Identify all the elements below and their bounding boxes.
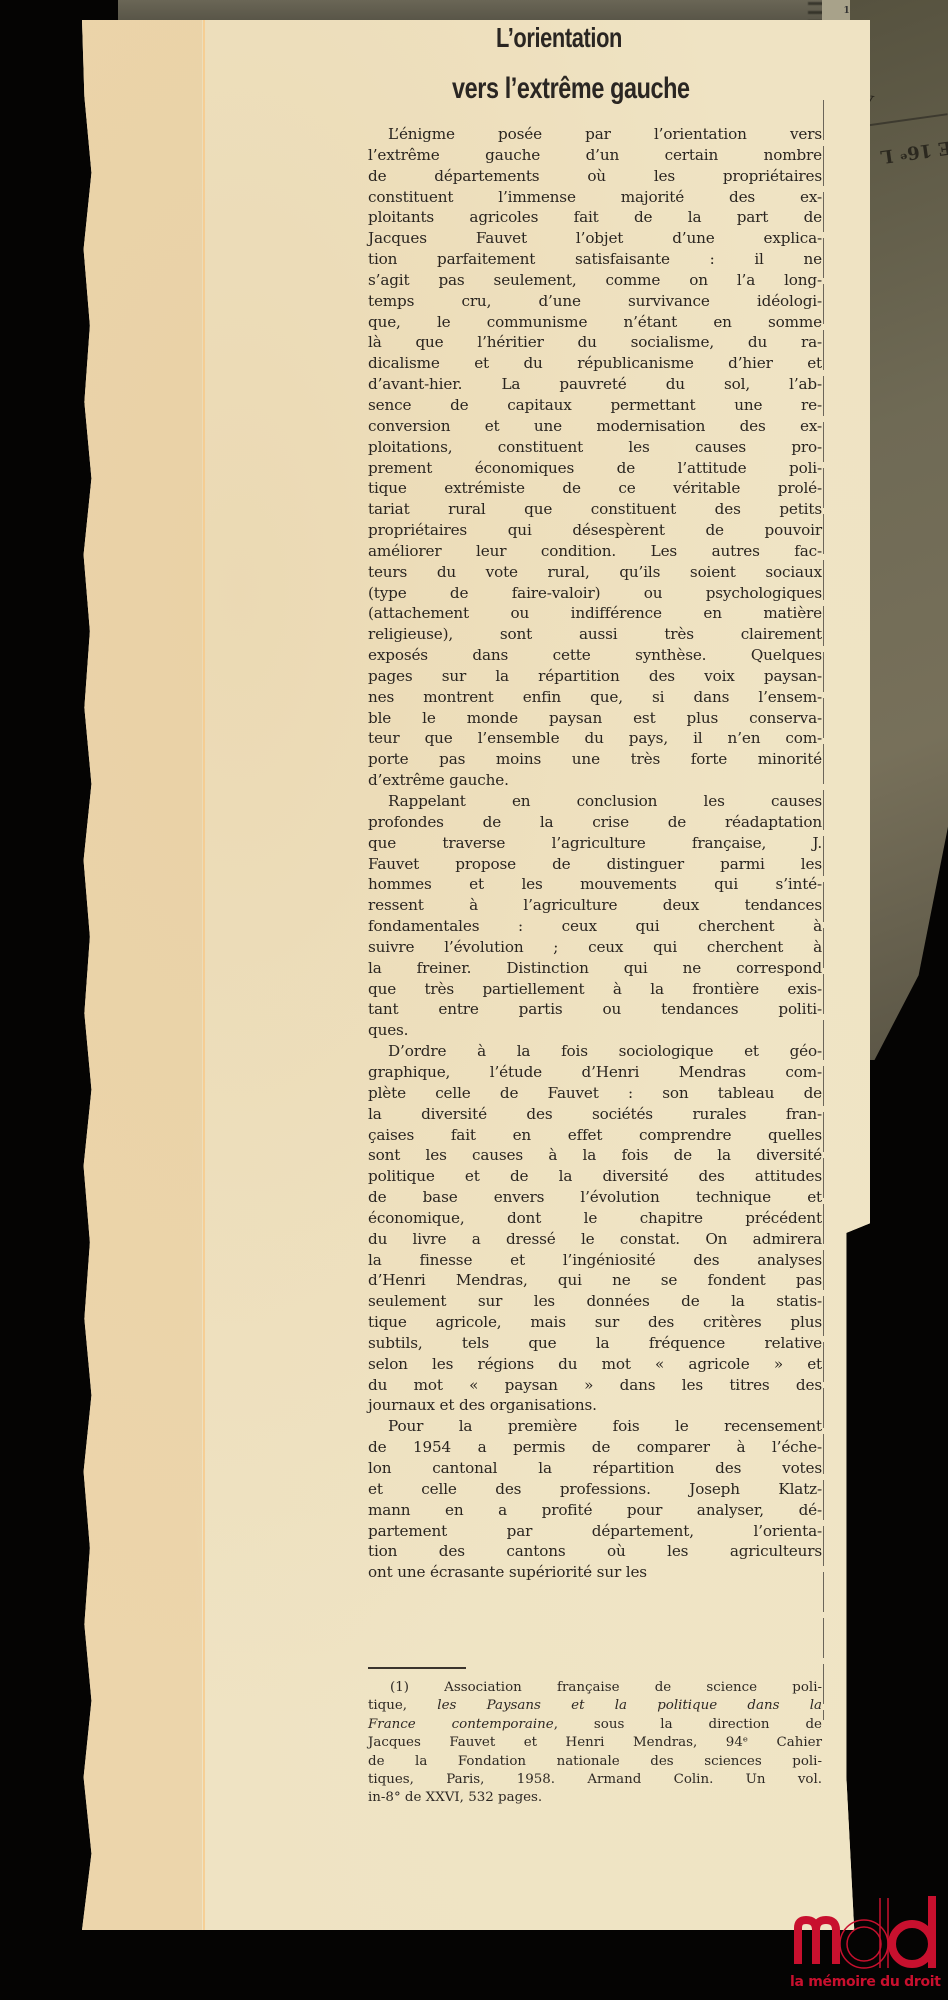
article-line: pages sur la répartition des voix paysan… (368, 666, 822, 687)
footnote-line: in-8° de XXVI, 532 pages. (368, 1789, 822, 1807)
article-line: tant entre partis ou tendances politi- (368, 999, 822, 1020)
article-line: tion parfaitement satisfaisante : il ne (368, 249, 822, 270)
book-title: les Paysans et la politique dans la (437, 1698, 822, 1713)
footnote-line: de la Fondation nationale des sciences p… (368, 1753, 822, 1771)
article-line: plète celle de Fauvet : son tableau de (368, 1083, 822, 1104)
article-line: suivre l’évolution ; ceux qui cherchent … (368, 937, 822, 958)
article-line: du livre a dressé le constat. On admirer… (368, 1229, 822, 1250)
article-line: économique, dont le chapitre précédent (368, 1208, 822, 1229)
footnote-divider (368, 1667, 466, 1669)
article-line: partement par département, l’orienta- (368, 1521, 822, 1542)
article-line: d’Henri Mendras, qui ne se fondent pas (368, 1270, 822, 1291)
article-paragraph: L’énigme posée par l’orientation versl’e… (368, 124, 822, 791)
footnote-line: Jacques Fauvet et Henri Mendras, 94ᵉ Cah… (368, 1734, 822, 1752)
article-line: conversion et une modernisation des ex- (368, 416, 822, 437)
book-title: France contemporaine (368, 1717, 554, 1732)
article-line: que, le communisme n’étant en somme (368, 312, 822, 333)
headline-line-2: vers l’extrême gauche (452, 72, 690, 106)
article-line: ble le monde paysan est plus conserva- (368, 708, 822, 729)
article-line: propriétaires qui désespèrent de pouvoir (368, 520, 822, 541)
newspaper-clipping: L’orientation vers l’extrême gauche L’én… (82, 20, 870, 1930)
article-line: L’énigme posée par l’orientation vers (368, 124, 822, 145)
article-line: là que l’héritier du socialisme, du ra- (368, 332, 822, 353)
article-line: selon les régions du mot « agricole » et (368, 1354, 822, 1375)
footnote: (1) Association française de science pol… (368, 1679, 822, 1808)
article-paragraph: Pour la première fois le recensementde 1… (368, 1416, 822, 1583)
article-line: prement économiques de l’attitude poli- (368, 458, 822, 479)
article-line: teurs du vote rural, qu’ils soient socia… (368, 562, 822, 583)
article-line: çaises fait en effet comprendre quelles (368, 1125, 822, 1146)
article-line: s’agit pas seulement, comme on l’a long- (368, 270, 822, 291)
article-line: améliorer leur condition. Les autres fac… (368, 541, 822, 562)
logo-tagline: la mémoire du droit (790, 1974, 940, 1990)
article-line: exposés dans cette synthèse. Quelques (368, 645, 822, 666)
article-body: L’énigme posée par l’orientation versl’e… (368, 124, 822, 1583)
article-line: la finesse et l’ingéniosité des analyses (368, 1250, 822, 1271)
article-line: de 1954 a permis de comparer à l’éche- (368, 1437, 822, 1458)
article-line: fondamentales : ceux qui cherchent à (368, 916, 822, 937)
background-flipped-text: HE 16ᵉ L (879, 134, 948, 167)
column-rule (823, 100, 824, 1720)
article-line: du mot « paysan » dans les titres des (368, 1375, 822, 1396)
article-line: ploitants agricoles fait de la part de (368, 207, 822, 228)
article-line: (type de faire-valoir) ou psychologiques (368, 583, 822, 604)
article-line: que traverse l’agriculture française, J. (368, 833, 822, 854)
article-line: subtils, tels que la fréquence relative (368, 1333, 822, 1354)
article-line: de base envers l’évolution technique et (368, 1187, 822, 1208)
article-line: politique et de la diversité des attitud… (368, 1166, 822, 1187)
article-line: mann en a profité pour analyser, dé- (368, 1500, 822, 1521)
article-line: porte pas moins une très forte minorité (368, 749, 822, 770)
article-line: D’ordre à la fois sociologique et géo- (368, 1041, 822, 1062)
article-line: d’avant-hier. La pauvreté du sol, l’ab- (368, 374, 822, 395)
article-line: de départements où les propriétaires (368, 166, 822, 187)
article-line: seulement sur les données de la statis- (368, 1291, 822, 1312)
article-line: Fauvet propose de distinguer parmi les (368, 854, 822, 875)
article-line: Jacques Fauvet l’objet d’une explica- (368, 228, 822, 249)
article-line: (attachement ou indifférence en matière (368, 603, 822, 624)
article-line: la diversité des sociétés rurales fran- (368, 1104, 822, 1125)
article-line: profondes de la crise de réadaptation (368, 812, 822, 833)
article-line: sence de capitaux permettant une re- (368, 395, 822, 416)
article-line: graphique, l’étude d’Henri Mendras com- (368, 1062, 822, 1083)
article-line: tariat rural que constituent des petits (368, 499, 822, 520)
article-line: hommes et les mouvements qui s’inté- (368, 874, 822, 895)
article-line: nes montrent enfin que, si dans l’ensem- (368, 687, 822, 708)
article-line: tique agricole, mais sur des critères pl… (368, 1312, 822, 1333)
article-line: constituent l’immense majorité des ex- (368, 187, 822, 208)
article-line: ont une écrasante supériorité sur les (368, 1562, 822, 1583)
article-line: lon cantonal la répartition des votes (368, 1458, 822, 1479)
footnote-line: France contemporaine, sous la direction … (368, 1716, 822, 1734)
article-line: ques. (368, 1020, 822, 1041)
article-line: Rappelant en conclusion les causes (368, 791, 822, 812)
article-line: dicalisme et du républicanisme d’hier et (368, 353, 822, 374)
footnote-line: (1) Association française de science pol… (368, 1679, 822, 1697)
article-line: l’extrême gauche d’un certain nombre (368, 145, 822, 166)
article-line: et celle des professions. Joseph Klatz- (368, 1479, 822, 1500)
article-line: religieuse), sont aussi très clairement (368, 624, 822, 645)
article-line: d’extrême gauche. (368, 770, 822, 791)
article-line: que très partiellement à la frontière ex… (368, 979, 822, 1000)
headline-line-1: L’orientation (496, 22, 622, 54)
article-line: la freiner. Distinction qui ne correspon… (368, 958, 822, 979)
mdd-wordmark-icon (790, 1892, 948, 1972)
article-line: ploitations, constituent les causes pro- (368, 437, 822, 458)
article-line: journaux et des organisations. (368, 1395, 822, 1416)
article-line: teur que l’ensemble du pays, il n’en com… (368, 728, 822, 749)
fold-line (203, 20, 205, 1930)
mdd-logo: la mémoire du droit (790, 1892, 948, 2000)
article-paragraph: D’ordre à la fois sociologique et géo-gr… (368, 1041, 822, 1416)
article-line: tion des cantons où les agriculteurs (368, 1541, 822, 1562)
article-line: tique extrémiste de ce véritable prolé- (368, 478, 822, 499)
article-line: Pour la première fois le recensement (368, 1416, 822, 1437)
footnote-line: tique, les Paysans et la politique dans … (368, 1697, 822, 1715)
article-line: ressent à l’agriculture deux tendances (368, 895, 822, 916)
footnote-line: tiques, Paris, 1958. Armand Colin. Un vo… (368, 1771, 822, 1789)
article-paragraph: Rappelant en conclusion les causesprofon… (368, 791, 822, 1041)
article-line: temps cru, d’une survivance idéologi- (368, 291, 822, 312)
article-line: sont les causes à la fois de la diversit… (368, 1145, 822, 1166)
